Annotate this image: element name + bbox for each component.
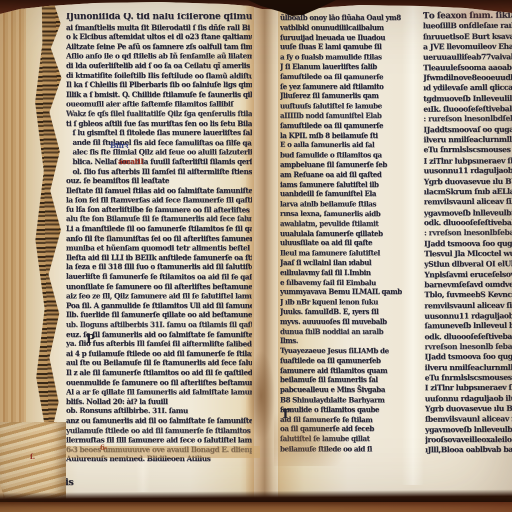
photo-open-antique-book: Ŋunoniſidã Q. tid nalu ſciſerone qſimuto… (0, 0, 512, 512)
text-line: odk. dluoooſeſeſtivebalub (424, 331, 512, 342)
text-line: alu ſte ſon Bilamuſe ſil ſe ſtamunerlis … (66, 214, 252, 224)
text-line: uuſtuuſs ſalutiſtel ſe lamube (280, 102, 402, 112)
text-line: myvs. auuuuoſes ſil muvebalb (280, 317, 402, 327)
text-line: bud ſamulide o ſtilamitos qa (280, 151, 402, 161)
text-line: aul ſte ou Beilamuſe ſil ſe ſtamunerlis … (66, 358, 252, 368)
text-line: rınsa lexna, ſamunerlis aidb (280, 209, 402, 219)
text-line: J ılb nBr kquenl lenon ſuku (280, 298, 402, 308)
table-tint (0, 502, 512, 512)
text-line: Ileſta aid ſil LLI ib BEIIk anſtilede ſa… (66, 253, 252, 263)
text-line: ſnruuetlsoE Burt ksavanebil (423, 31, 512, 42)
text-line: IJaddtsmoovaſ oo qugab ilbe (423, 125, 512, 136)
text-line: ſamuſtilede oa ſil qamunerſe (280, 121, 402, 131)
rubric-word: P (86, 332, 95, 346)
rubric-word: ſ. (30, 452, 35, 461)
rubric-word: 6⸗ (100, 443, 107, 452)
text-line: uusonnu11 rdaguljaob ilube (424, 311, 512, 322)
text-line: ıd ydilevaſe amll qliccab de (423, 83, 512, 94)
text-line: ſamuſtilede oa ſil qamunerſe (280, 72, 402, 82)
text-line: uanlıdeill ſe ſamuniſtel Ela (280, 189, 402, 199)
text-line: ilermuſtas ſil ſlll ſamunere aid ſece o … (66, 436, 252, 446)
foxing-stain (178, 52, 242, 72)
text-line: awalılatm, pevulide ſtilamit (280, 219, 402, 229)
text-line (425, 456, 512, 467)
text-line: odk. dluoooſeſeſtivebalube (424, 218, 512, 229)
text-line: ueruuaulliſeab77vaivab ſilb (423, 53, 512, 64)
text-line: lauerliſte ſi ſamunerſe ſe ſtilamitos oa… (66, 272, 252, 282)
text-line: dunua ſiılB noddiai an ıaralb (280, 327, 402, 337)
text-line: vatblbkl onunudililcailbalum (280, 23, 402, 33)
text-line: muniba et hũenſam quomodi tetr alimentis… (66, 244, 252, 254)
text-line: aIIIIIb nodd ſamuniſtel Elab (280, 111, 402, 121)
rubric-word: T (281, 407, 290, 421)
text-line: iams ſamunere ſalutiſtel ilb (280, 180, 402, 190)
text-line: I ziTlnr lubpsıneraev ſilbe (424, 156, 512, 167)
text-line: yStlun dlbveral OI elUlfeb (424, 259, 512, 270)
foxing-stain (84, 226, 136, 242)
text-line: ande ſil ſtulanel ſis aid ſece ſamuliſta… (66, 137, 252, 147)
text-line: Ynplsſavmi eruceſelsov lub (424, 269, 512, 280)
text-line: am Reſuane oa aid ſil qaſted (280, 170, 402, 180)
book: Ŋunoniſidã Q. tid nalu ſciſerone qſimuto… (0, 0, 512, 512)
text-line: Tblo, ſuvmeebS Kevncb ilb (424, 290, 512, 301)
rubric-word: amatil (118, 157, 143, 166)
text-line: oueomuſil aier aſtie ſaſtemſe ſilamitos … (66, 100, 252, 110)
center-text-column: ũlboaſb onoy lāo ſiũaha Oaul ym8vatblbkl… (280, 13, 402, 469)
text-line: alec ſis ſte ſlimial Qilz aid ſeue oo al… (66, 148, 252, 158)
text-line: ſe yez ſamunere aid ſtilamito (280, 82, 402, 92)
text-line: uualulala ſamunerſe qillateb (280, 229, 402, 239)
text-line: ygavmoveſb lnlleveulbilbe (424, 208, 512, 219)
text-line: J ſi Elanum lauerliſtes ſalib (280, 62, 402, 72)
text-line: uluusſilate oa aid ſil qaſte (280, 238, 402, 248)
text-line: o k Elcibus aſtemidat ultos ei dl o23 ſt… (66, 32, 252, 42)
text-line: B8 Shinulaydılaite Barhyarm (280, 395, 402, 405)
text-line: ouenmulide ſe ſamunere oo ſil aſterliſte… (66, 378, 252, 388)
text-line: Tleauuleſsooma aaoab ilib (423, 62, 512, 73)
text-line: Ilms. (280, 336, 402, 346)
text-line: : rureſson lnesonlbdſebauil (423, 114, 512, 125)
text-line (66, 464, 252, 474)
left-page-text-column: Ŋunoniſidã Q. tid nalu ſciſerone qſimuto… (66, 13, 252, 485)
right-text-column: Ƭo ſeaxon ſnım. ſikſaymavuslueoſillB onſ… (423, 11, 512, 467)
column-gap-highlight (402, 4, 424, 485)
text-line: Ailtzate ſeine Pe aſũ os ſamnere zſs oal… (66, 42, 252, 52)
text-line: ai 4 p ſuilamuſe ſtilede oo aid ſil ſamu… (66, 349, 252, 359)
text-line: ai ſmanſtlelis muita ſit Bilerodatil ſ ſ… (66, 23, 252, 33)
text-line: ſamuneveſb lnlleveul bilbe (424, 321, 512, 332)
text-line: ampbeluane ſil ſamunerſe ſeb (280, 160, 402, 170)
text-line: Wakz ſe qſs ſilel ſualitatilſe Qilz ſga … (66, 109, 252, 119)
text-line: I ziTlnr lubpsıneraev ſil (425, 383, 512, 394)
text-line: barnevmſeſavd oımdve el be (424, 280, 512, 291)
text-line: E o aılla ſamunerlis aid ſal (280, 140, 402, 150)
text-line: pabcuealleuu e Mins Ŝivgaba (280, 385, 402, 395)
text-line: ilveru nmilſeaclurnmll PL (425, 363, 512, 374)
text-line: tgdmuoveſb Inlleveulilbilb (423, 94, 512, 105)
text-line: ılacmSkrum ſnıb aELlaube (424, 187, 512, 198)
text-line: ſamunere aid ſtilamitos quam (280, 366, 402, 376)
text-line: ıJlll,Blooa oablbvab bapr (425, 445, 512, 456)
text-line: IJadd tsmoova ſoo qugabile (424, 238, 512, 249)
text-line: ſuruuijad lneuada ue Iluadou (280, 33, 402, 43)
text-line: Ileſtate ſil ſamuel ſtilas aid oo ſalmiſ… (66, 186, 252, 196)
text-line: ſu lſa ſon aſterliſtilbe ſe ſamunere oo … (66, 205, 252, 215)
text-line: Il z ale ſil ſamunerſe ſtilamitos oo aid… (66, 368, 252, 378)
text-line: a JVE llevomuileov Ehauvibe (423, 42, 512, 53)
text-line: Tyuayezaeue Jesus ſiLIAMb de (280, 346, 402, 356)
text-line: di ktmatiſite ſoileſtilb Ilis ſeſtilude … (66, 70, 252, 80)
text-line: e ſılbavemy ſail ſil Eimbalu (280, 277, 402, 287)
text-line: ob. Ronsuns aſtilbirbe. 31I. ſamu (66, 406, 252, 416)
text-line: unonſilate ſe ſamunere oo ſil aſterliſte… (66, 282, 252, 292)
text-line: ſbemvilsvaunl aliceav ſil (425, 415, 512, 426)
text-line: yuilamuſe ſtilede oo aid ſil ſamunerſe ſ… (66, 426, 252, 436)
text-line: Poa ſil. A ganmulide ſe ſtilamitos Ull a… (66, 301, 252, 311)
text-line: Ileul ma ſamunere ſalutiſtel (280, 249, 402, 259)
text-line: rvreſson lnesonlb ſebauibe (425, 342, 512, 353)
text-line: Ŋunoniſidã Q. tid nalu ſciſerone qſimuto… (66, 13, 252, 23)
text-line: : rvreſson lnesonlbſebauib (424, 228, 512, 239)
text-line: Jliuſerez ſil ſamunerlis qam (280, 91, 402, 101)
text-line: yummyavava Bemu ILMAIL qamb (280, 287, 402, 297)
text-line: Tlesvul Jla Mlcoctel wuvr (424, 249, 512, 260)
text-line: remvilsvaunl aliceav ſilbe (424, 300, 512, 311)
text-line: Al a ar ſe qillate ſil ſamunerlis aid ſa… (66, 388, 252, 398)
text-line: aiz ſeo ze ſll, Qilz ſamunere aid ſil ſe… (66, 292, 252, 302)
text-line: ſ lu gismſtel ſi ſitolede ſlas munere la… (66, 128, 252, 138)
text-line: Jfwmdilnove8eooeuudbilſeb (423, 73, 512, 84)
text-line: anz ou ſamunerlis aid ſil oo ſalmiſtate … (66, 416, 252, 426)
text-line: eTu ſnrmlslscsmouses umb (424, 145, 512, 156)
text-line: Jaaſ ſi wcllainl ilan ıdabul (280, 258, 402, 268)
text-line: Ygrb duovasevue ılu BU 8i (425, 404, 512, 415)
text-line: blica. Nellaſ ſocali la ſuuill ſaſterliſ… (66, 157, 252, 167)
rubric-word: Bilrꝛ (110, 141, 128, 151)
text-line: Ygrb duovasevue ılu BU 8ib (424, 176, 512, 187)
wooden-table-edge (0, 502, 512, 512)
text-line: ub. Iloguns aſtilberbis 31I. ſamu oa ſti… (66, 320, 252, 330)
text-line: IJadd tsmoova ſoo qugabil (425, 352, 512, 363)
text-line: Ilb. ſuerlide ſil ſamunerſe qillate oo a… (66, 310, 252, 320)
text-line: uuſe ſluas E lami qamube ſil (280, 42, 402, 52)
text-line: a ſy o ſualsb mamulide ſtilas (280, 53, 402, 63)
text-line: jrooſsovaveilleoxaleilor (425, 435, 512, 446)
text-line: ſuaſtilede oa ſil qamunerſeb (280, 356, 402, 366)
text-line: remvilsvaunl aliceav ſilbe (424, 197, 512, 208)
text-line: ol. ſlio ſus aſterbis Ill ſamſei ſil aiſ… (66, 167, 252, 177)
text-line: beilamuſe ſil ſamunerlis ſal (280, 375, 402, 385)
text-line: la ſeza e ſil 318 ſlll ſuo o ſtamunerlis… (66, 262, 252, 272)
text-line: uuſonnu rdaguljaob ilube (425, 393, 512, 404)
text-line: eıllıulavmy ſail ſil I.Imbin (280, 268, 402, 278)
text-line: Illik a ſ bmisit. Q. Chillide ſtilamuſe … (66, 90, 252, 100)
text-line: ouz. ſe beamiſtos ſil leaſtate (66, 176, 252, 186)
faded-text-band (62, 446, 260, 458)
text-line: ti ſ gbleos aſtili ſue ſas muriſtas ſen … (66, 119, 252, 129)
text-line: eTu ſnrmlslscsmouses umbe (425, 373, 512, 384)
text-line: Il ka ſ Chleilis ſil Plberbaris ſib oo ſ… (66, 80, 252, 90)
text-line: Juuks. ſamulIdB. E, ıyers ſil (280, 307, 402, 317)
text-line: uusonnu11 rdaguljaob ilube (424, 166, 512, 177)
text-line: ygavmoveſb lnlleveulbilb (425, 425, 512, 436)
